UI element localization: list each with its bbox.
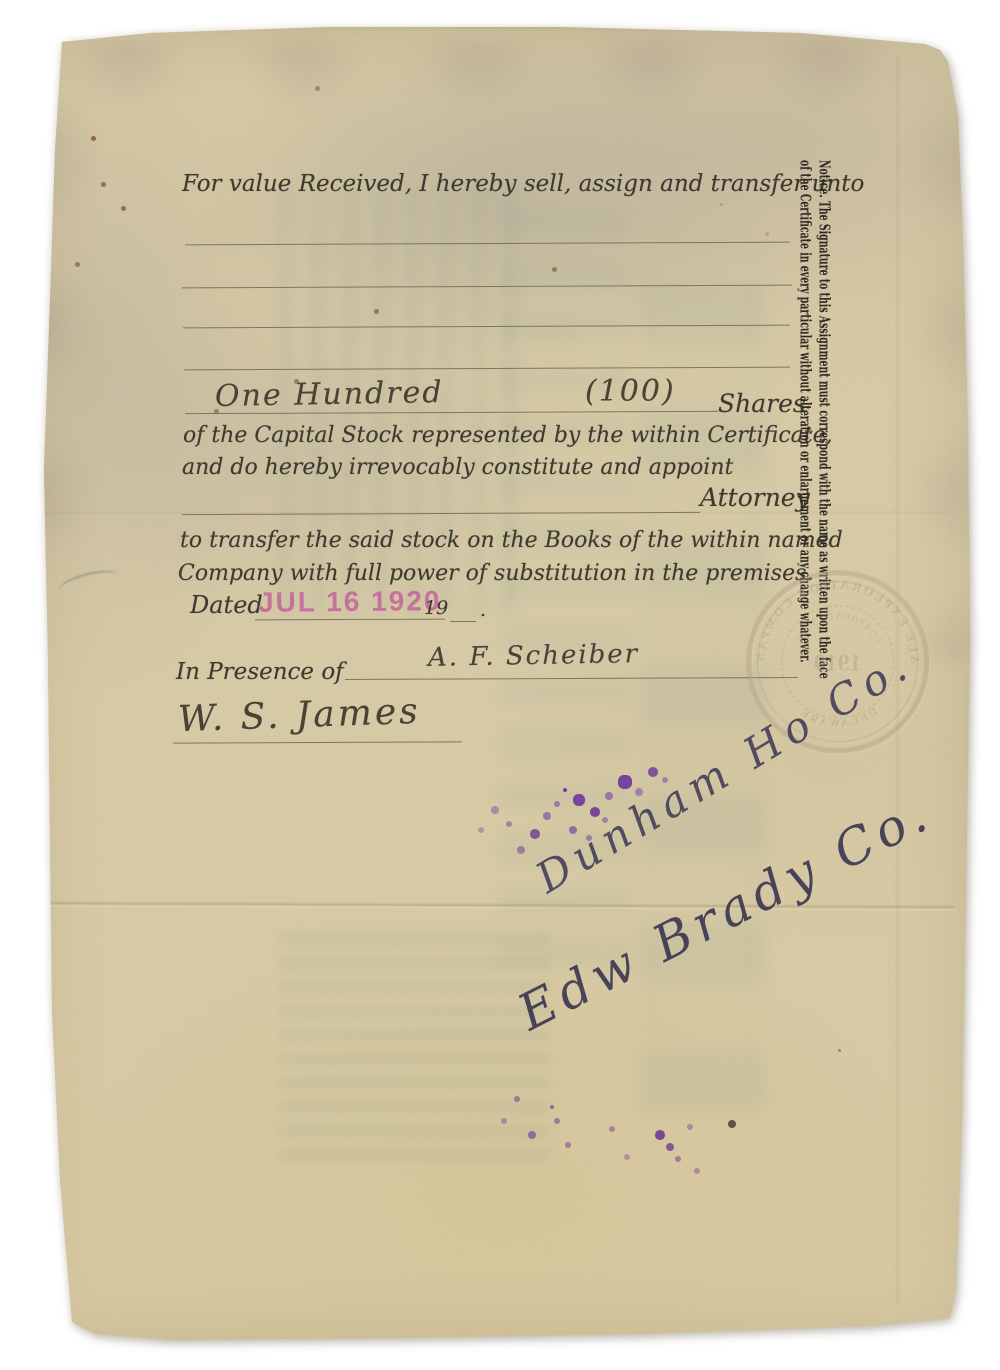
blank-line-3 — [183, 325, 790, 329]
shares-amount-handwriting: One Hundred — [215, 375, 444, 414]
scanned-document-page: For value Received, I hereby sell, assig… — [0, 0, 1000, 1370]
pencil-scribble — [57, 566, 122, 600]
transfer-line: to transfer the said stock on the Books … — [180, 528, 843, 553]
ink-speck-2 — [720, 203, 723, 206]
company-signature-2: Edw Brady Co. — [509, 784, 941, 1042]
shares-figure-handwriting: (100) — [585, 374, 676, 409]
dated-label: Dated — [190, 591, 263, 619]
aged-paper-sheet: For value Received, I hereby sell, assig… — [30, 25, 975, 1347]
year-line-period: . — [480, 599, 486, 621]
attorney-fill-line — [182, 512, 700, 516]
blank-line-4 — [184, 367, 790, 371]
ink-speck-1 — [838, 1049, 841, 1052]
notice-line-2: of the Certificate in every particular w… — [794, 160, 816, 599]
in-presence-label: In Presence of — [176, 659, 344, 685]
signer-signature-line — [345, 677, 798, 680]
signer-signature-handwriting: A. F. Scheiber — [428, 639, 640, 673]
ink-speck-3 — [765, 232, 769, 236]
blank-line-1 — [185, 242, 790, 246]
ink-splatter-cluster-upper — [563, 788, 567, 792]
paper-sheet-wrapper: For value Received, I hereby sell, assig… — [30, 25, 975, 1347]
appoint-line: and do hereby irrevocably constitute and… — [182, 455, 733, 480]
premises-line: Company with full power of substitution … — [178, 561, 813, 586]
bleedthrough-text-block-ghost — [280, 925, 550, 1160]
date-fill-line — [255, 619, 445, 621]
bleedthrough-scallop-border-left — [30, 75, 180, 615]
blank-line-2 — [182, 285, 792, 289]
assignment-heading: For value Received, I hereby sell, assig… — [182, 171, 864, 197]
witness-signature-line — [173, 741, 462, 744]
witness-signature-handwriting: W. S. James — [177, 691, 421, 740]
rust-pinholes — [30, 25, 33, 28]
year-fill-line — [450, 621, 476, 623]
capital-stock-line: of the Capital Stock represented by the … — [183, 423, 833, 448]
ink-splatter-cluster-lower — [550, 1105, 554, 1109]
year-prefix: 19 — [424, 597, 448, 619]
horizontal-fold-crease — [42, 901, 954, 911]
date-stamp: JUL 16 1920 — [258, 585, 442, 619]
